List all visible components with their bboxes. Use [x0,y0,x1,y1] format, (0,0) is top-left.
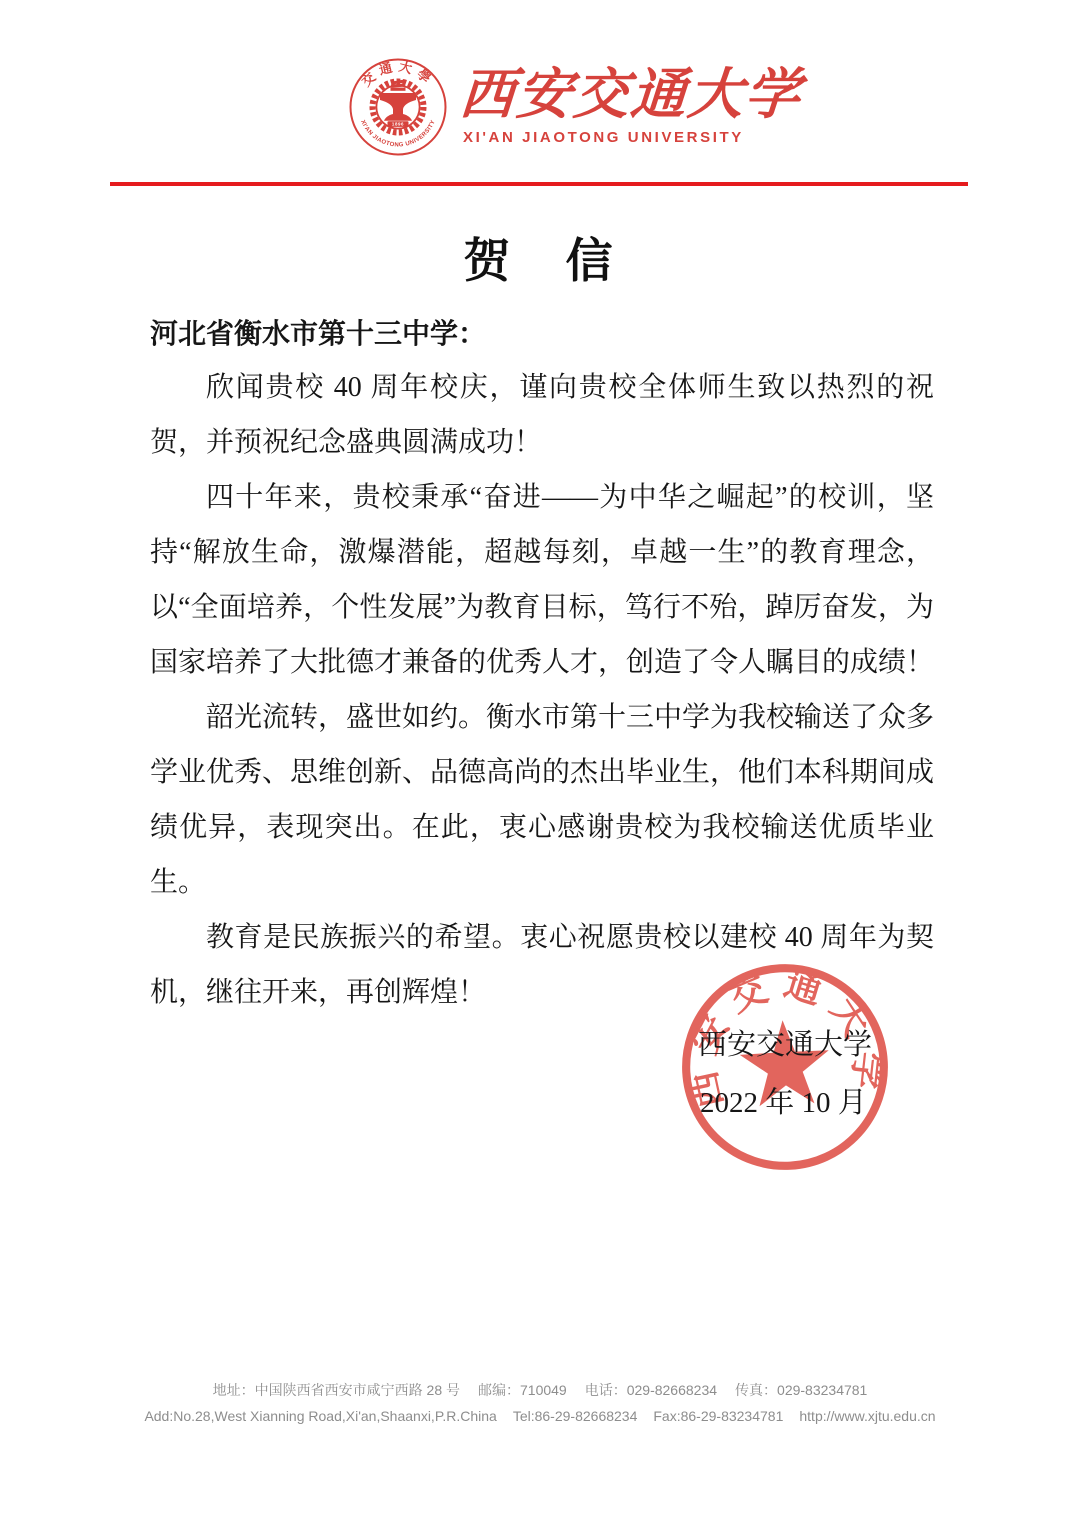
footer-address-en: Add:No.28,West Xianning Road,Xi'an,Shaan… [144,1408,496,1424]
footer-fax-en: Fax:86-29-83234781 [653,1408,783,1424]
footer-address-cn: 地址：中国陕西省西安市咸宁西路 28 号 [213,1380,460,1400]
official-seal-stamp-icon: 西安交通大学 [673,955,898,1180]
letterhead-rule [110,182,968,186]
footer-url: http://www.xjtu.edu.cn [799,1408,935,1424]
footer-fax-cn: 传真：029-83234781 [735,1380,867,1400]
signature-date: 2022 年 10 月 [700,1080,867,1121]
letter-page: 交通大學 XI'AN JIAOTONG UNIVERSITY 1896 西安交通… [0,0,1080,1527]
footer-english: Add:No.28,West Xianning Road,Xi'an,Shaan… [0,1408,1080,1424]
letter-body: 欣闻贵校 40 周年校庆，谨向贵校全体师生致以热烈的祝贺，并预祝纪念盛典圆满成功… [150,360,934,1020]
footer-tel-en: Tel:86-29-82668234 [513,1408,638,1424]
addressee: 河北省衡水市第十三中学： [150,312,486,352]
footer-tel-cn: 电话：029-82668234 [585,1380,717,1400]
paragraph-3: 韶光流转，盛世如约。衡水市第十三中学为我校输送了众多学业优秀、思维创新、品德高尚… [150,690,934,910]
university-name-calligraphy: 西安交通大学 [457,50,793,129]
emblem-year: 1896 [392,122,404,127]
signature-name: 西安交通大学 [698,1022,872,1063]
letter-title: 贺 信 [0,224,1080,291]
paragraph-2: 四十年来，贵校秉承“奋进——为中华之崛起”的校训，坚持“解放生命，激爆潜能，超越… [150,470,934,690]
footer-zip: 邮编：710049 [478,1380,567,1400]
paragraph-1: 欣闻贵校 40 周年校庆，谨向贵校全体师生致以热烈的祝贺，并预祝纪念盛典圆满成功… [150,360,934,470]
footer-chinese: 地址：中国陕西省西安市咸宁西路 28 号 邮编：710049 电话：029-82… [0,1380,1080,1400]
university-name-english: XI'AN JIAOTONG UNIVERSITY [463,129,744,146]
university-emblem-icon: 交通大學 XI'AN JIAOTONG UNIVERSITY 1896 [348,57,448,157]
